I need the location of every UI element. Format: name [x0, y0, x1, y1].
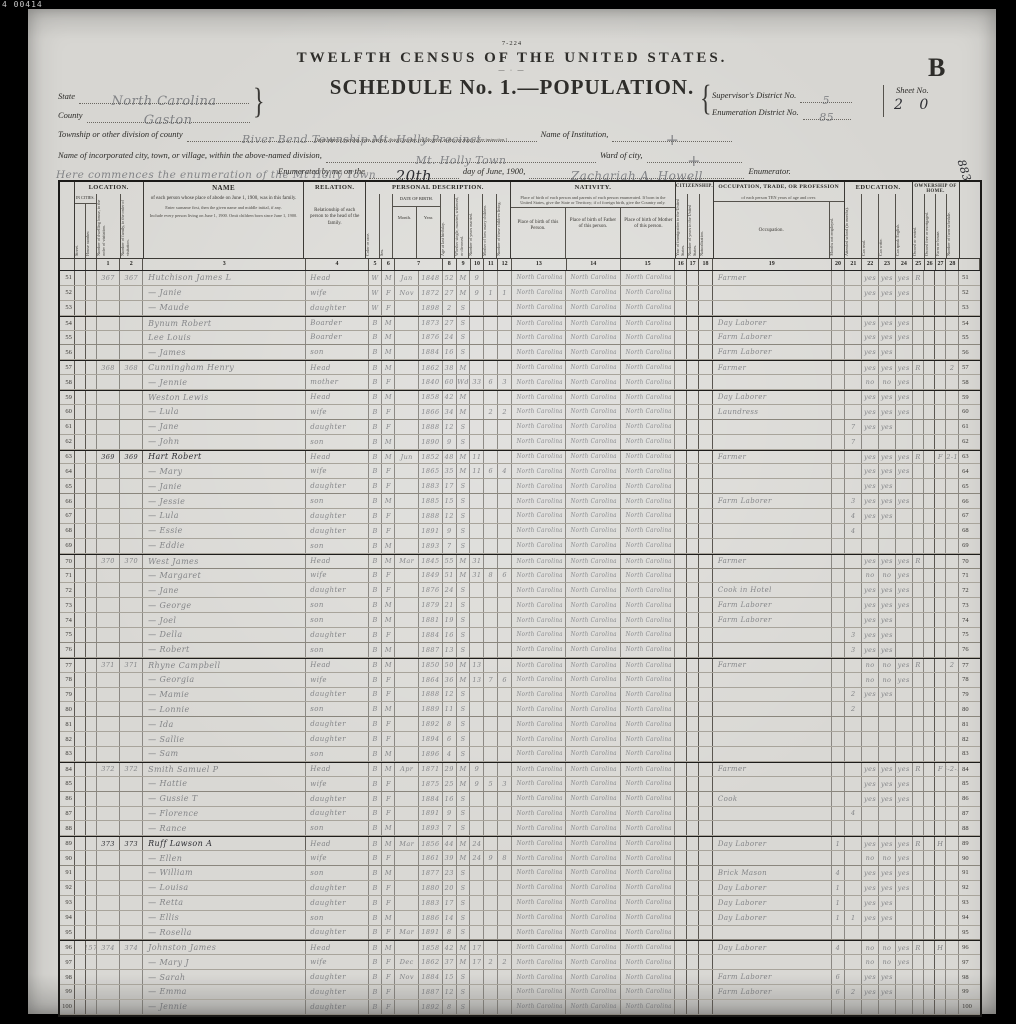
cell-c18 [699, 331, 713, 345]
cell-own [913, 569, 925, 583]
cell-ym: 11 [470, 464, 484, 478]
cell-en: yes [896, 375, 913, 389]
column-number: 1 [97, 259, 121, 270]
cell-mar: S [457, 688, 471, 702]
cell-lnR: 62 [959, 435, 980, 449]
cell-c17 [687, 451, 699, 464]
cell-mar: S [457, 539, 471, 553]
cell-ln: 66 [60, 494, 75, 508]
cell-cl [498, 539, 512, 553]
cell-fm: 371 [120, 659, 143, 672]
cell-mtg [924, 271, 935, 285]
cell-sch [845, 271, 862, 285]
cell-rd: no [862, 941, 879, 954]
cell-mn [832, 375, 846, 389]
cell-c16 [675, 926, 687, 940]
cell-st [75, 896, 86, 910]
cell-col: B [369, 420, 383, 434]
census-row: 94— EllissonBM188614SNorth CarolinaNorth… [60, 911, 980, 926]
census-row: 91— WilliamsonBM187723SNorth CarolinaNor… [60, 866, 980, 881]
cell-pm: North Carolina [621, 659, 675, 672]
cell-c17 [687, 688, 699, 702]
cell-wr [879, 539, 896, 553]
cell-st [75, 747, 86, 761]
cell-wr: yes [879, 479, 896, 493]
cell-name: — Lula [143, 405, 306, 419]
cell-sex: F [382, 286, 395, 300]
cell-fh [935, 926, 946, 940]
cell-st [75, 941, 86, 954]
column-number: 9 [457, 259, 471, 270]
cell-occ [713, 420, 832, 434]
cell-sex: F [382, 479, 395, 493]
cell-pb: North Carolina [512, 955, 566, 969]
cell-wr [879, 435, 896, 449]
cell-own [913, 464, 925, 478]
name-group-fine2: Include every person living on June 1, 1… [144, 212, 304, 219]
cell-occ [713, 643, 832, 657]
cell-ym [470, 643, 484, 657]
cell-fh [935, 970, 946, 984]
cell-pb: North Carolina [512, 331, 566, 345]
cell-st [75, 955, 86, 969]
column-number: 18 [699, 259, 713, 270]
cell-fm: 373 [120, 837, 143, 850]
cell-sex: F [382, 688, 395, 702]
cell-sex: F [382, 926, 395, 940]
cell-hn [86, 361, 97, 374]
cell-fh [935, 747, 946, 761]
cell-fm [120, 509, 143, 523]
cell-mar: S [457, 628, 471, 642]
cell-occ [713, 673, 832, 687]
cell-ln: 63 [60, 451, 75, 464]
cell-c18 [699, 911, 713, 925]
cell-mtg [924, 985, 935, 999]
cell-fm [120, 821, 143, 835]
cell-fm: 374 [120, 941, 143, 954]
cell-occ: Farm Laborer [713, 331, 832, 345]
column-number: 28 [946, 259, 959, 270]
cell-ym: 9 [470, 271, 484, 285]
cell-rd: no [862, 375, 879, 389]
cell-lnR: 93 [959, 896, 980, 910]
cell-pf: North Carolina [566, 598, 620, 612]
cell-fh [935, 851, 946, 865]
cell-mo [395, 628, 419, 642]
cell-st [75, 673, 86, 687]
cell-mar: M [457, 777, 471, 791]
cell-pf: North Carolina [566, 509, 620, 523]
cell-rd: no [862, 569, 879, 583]
cell-lnR: 54 [959, 317, 980, 330]
cell-fh [935, 555, 946, 568]
cell-age: 13 [443, 643, 457, 657]
cell-mc [484, 331, 498, 345]
cell-c17 [687, 286, 699, 300]
table-header: LOCATION. IN CITIES. Street. House numbe… [60, 182, 980, 259]
cell-lnR: 77 [959, 659, 980, 672]
cell-fs [946, 807, 959, 821]
cell-c18 [699, 509, 713, 523]
cell-rel: daughter [306, 807, 368, 821]
cell-mar: M [457, 271, 471, 285]
cell-st [75, 821, 86, 835]
cell-lnR: 68 [959, 524, 980, 538]
cell-en: yes [896, 792, 913, 806]
column-number: 14 [567, 259, 621, 270]
cell-pb: North Carolina [512, 837, 566, 850]
cell-ym [470, 881, 484, 895]
cell-col: B [369, 643, 383, 657]
cell-fm [120, 286, 143, 300]
cell-en: yes [896, 673, 913, 687]
census-row: 81— IdadaughterBF18928SNorth CarolinaNor… [60, 717, 980, 732]
cell-pb: North Carolina [512, 807, 566, 821]
cell-mo [395, 317, 419, 330]
cell-yr: 1883 [419, 479, 443, 493]
cell-lnR: 95 [959, 926, 980, 940]
cell-pm: North Carolina [621, 763, 675, 776]
cell-dw [97, 479, 121, 493]
cell-wr [879, 301, 896, 315]
cell-cl [498, 747, 512, 761]
cell-mc [484, 271, 498, 285]
cell-own: R [913, 361, 925, 374]
cell-name: Hart Robert [143, 451, 306, 464]
cell-mc [484, 659, 498, 672]
census-row: 99— EmmadaughterBF188712SNorth CarolinaN… [60, 985, 980, 1000]
cell-st [75, 792, 86, 806]
cell-rel: son [306, 494, 368, 508]
occupation-column-header: Occupation. [714, 202, 830, 258]
cell-name: — Lula [143, 509, 306, 523]
month-column-header: Month. [393, 207, 417, 258]
cell-own [913, 1000, 925, 1014]
cell-name: Bynum Robert [143, 317, 306, 330]
cell-pf: North Carolina [566, 569, 620, 583]
cell-pm: North Carolina [621, 271, 675, 285]
cell-st [75, 345, 86, 359]
cell-ln: 54 [60, 317, 75, 330]
cell-mtg [924, 688, 935, 702]
cell-dw: 367 [97, 271, 121, 285]
cell-mtg [924, 286, 935, 300]
cell-pf: North Carolina [566, 866, 620, 880]
ownership-title: OWNERSHIP OF HOME. [913, 182, 959, 194]
cell-age: 29 [443, 763, 457, 776]
cell-yr: 1877 [419, 866, 443, 880]
cell-st [75, 464, 86, 478]
cell-yr: 1848 [419, 271, 443, 285]
cell-mar: M [457, 569, 471, 583]
cell-mn: 1 [832, 881, 846, 895]
cell-ln: 64 [60, 464, 75, 478]
cell-col: B [369, 345, 383, 359]
cell-c17 [687, 345, 699, 359]
cell-pf: North Carolina [566, 524, 620, 538]
cell-fs [946, 792, 959, 806]
cell-fs [946, 613, 959, 627]
cell-ln: 56 [60, 345, 75, 359]
cell-rel: wife [306, 569, 368, 583]
cell-lnR: 89 [959, 837, 980, 850]
cell-rd: yes [862, 451, 879, 464]
cell-mo [395, 673, 419, 687]
cell-cl: 2 [498, 405, 512, 419]
cell-c16 [675, 985, 687, 999]
cell-mn [832, 317, 846, 330]
cell-c16 [675, 524, 687, 538]
cell-mc [484, 837, 498, 850]
cell-fh [935, 331, 946, 345]
cell-mc [484, 317, 498, 330]
cell-hn [86, 317, 97, 330]
cell-col: B [369, 955, 383, 969]
cell-mar: S [457, 598, 471, 612]
cell-c17 [687, 659, 699, 672]
cell-rd [862, 732, 879, 746]
cell-mc [484, 539, 498, 553]
cell-age: 15 [443, 494, 457, 508]
cell-c18 [699, 941, 713, 954]
cell-mo [395, 435, 419, 449]
cell-mn [832, 807, 846, 821]
cell-fm [120, 420, 143, 434]
cell-mn [832, 702, 846, 716]
cell-fs: 2 [946, 361, 959, 374]
cell-c17 [687, 301, 699, 315]
cell-mn [832, 555, 846, 568]
cell-fs: 2 [946, 659, 959, 672]
cell-yr: 1875 [419, 777, 443, 791]
cell-c18 [699, 435, 713, 449]
cell-rel: son [306, 866, 368, 880]
cell-c17 [687, 420, 699, 434]
cell-ym: 24 [470, 837, 484, 850]
column-number: 8 [443, 259, 457, 270]
census-row: 97— Mary JwifeBFDec186237M1722North Caro… [60, 955, 980, 970]
cell-age: 42 [443, 941, 457, 954]
cell-yr: 1850 [419, 659, 443, 672]
cell-mc [484, 702, 498, 716]
cell-name: — Louisa [143, 881, 306, 895]
cell-sex: F [382, 777, 395, 791]
cell-sch [845, 717, 862, 731]
cell-fs [946, 375, 959, 389]
cell-pf: North Carolina [566, 659, 620, 672]
cell-pf: North Carolina [566, 391, 620, 404]
cell-c18 [699, 375, 713, 389]
cell-wr: no [879, 673, 896, 687]
cell-c17 [687, 555, 699, 568]
cell-rd: yes [862, 896, 879, 910]
cell-lnR: 86 [959, 792, 980, 806]
cell-yr: 1888 [419, 509, 443, 523]
cell-sex: F [382, 732, 395, 746]
cell-sex: M [382, 391, 395, 404]
cell-age: 36 [443, 673, 457, 687]
cell-mc [484, 926, 498, 940]
cell-c16 [675, 763, 687, 776]
cell-mc [484, 524, 498, 538]
cell-pf: North Carolina [566, 717, 620, 731]
cell-occ: Farmer [713, 451, 832, 464]
cell-rd: yes [862, 271, 879, 285]
cell-own [913, 435, 925, 449]
cell-name: — Emma [143, 985, 306, 999]
census-row: 64— MarywifeBF186535M1164North CarolinaN… [60, 464, 980, 479]
cell-dw [97, 673, 121, 687]
cell-occ [713, 509, 832, 523]
cell-fs [946, 420, 959, 434]
cell-hn [86, 391, 97, 404]
cell-mn [832, 539, 846, 553]
cell-col: B [369, 941, 383, 954]
cell-fs [946, 941, 959, 954]
cell-fm [120, 628, 143, 642]
cell-c16 [675, 807, 687, 821]
census-row: 58— JenniemotherBF184060Wd3363North Caro… [60, 375, 980, 390]
cell-c16 [675, 896, 687, 910]
census-row: 96157374374Johnston JamesHeadBM185842M17… [60, 940, 980, 955]
cell-fh [935, 717, 946, 731]
cell-c17 [687, 985, 699, 999]
cell-pb: North Carolina [512, 911, 566, 925]
cell-age: 14 [443, 911, 457, 925]
cell-yr: 1889 [419, 702, 443, 716]
cell-c16 [675, 405, 687, 419]
cell-occ [713, 524, 832, 538]
cell-c17 [687, 317, 699, 330]
cell-c17 [687, 494, 699, 508]
cell-fs [946, 435, 959, 449]
cell-yr: 1873 [419, 317, 443, 330]
cell-c18 [699, 747, 713, 761]
cell-dw [97, 613, 121, 627]
cell-ym: 17 [470, 955, 484, 969]
cell-pm: North Carolina [621, 301, 675, 315]
cell-rd: no [862, 851, 879, 865]
cell-dw [97, 777, 121, 791]
cell-col: B [369, 851, 383, 865]
cell-fh [935, 301, 946, 315]
cell-pf: North Carolina [566, 301, 620, 315]
relation-group-desc: Relationship of each person to the head … [304, 194, 364, 229]
cell-own: R [913, 451, 925, 464]
cell-name: — Eddie [143, 539, 306, 553]
cell-ym [470, 628, 484, 642]
cell-fs [946, 643, 959, 657]
cell-c16 [675, 331, 687, 345]
cell-c18 [699, 807, 713, 821]
cell-pf: North Carolina [566, 643, 620, 657]
cell-c17 [687, 866, 699, 880]
township-label: Township or other division of county [58, 129, 183, 139]
cell-col: B [369, 688, 383, 702]
cell-en: yes [896, 941, 913, 954]
cell-yr: 1885 [419, 494, 443, 508]
cell-age: 52 [443, 271, 457, 285]
cell-hn [86, 702, 97, 716]
cell-own [913, 732, 925, 746]
left-brace: } [253, 82, 265, 123]
cell-occ: Laundress [713, 405, 832, 419]
attended-school-column-header: Attended school (in months). [845, 194, 862, 258]
cell-c17 [687, 941, 699, 954]
cell-name: — Sarah [143, 970, 306, 984]
cell-pf: North Carolina [566, 435, 620, 449]
cell-mar: M [457, 837, 471, 850]
cell-ym [470, 970, 484, 984]
cell-sch: 3 [845, 628, 862, 642]
cell-lnR: 59 [959, 391, 980, 404]
cell-wr: yes [879, 420, 896, 434]
cell-yr: 1879 [419, 598, 443, 612]
cell-ln: 75 [60, 628, 75, 642]
cell-mtg [924, 821, 935, 835]
cell-rd: no [862, 955, 879, 969]
cell-en [896, 688, 913, 702]
cell-mn [832, 613, 846, 627]
cell-col: B [369, 539, 383, 553]
cell-c17 [687, 837, 699, 850]
census-row: 57368368Cunningham HenryHeadBM186238MNor… [60, 360, 980, 375]
cell-mtg [924, 866, 935, 880]
cell-sch: 1 [845, 911, 862, 925]
cell-age: 55 [443, 555, 457, 568]
cell-pm: North Carolina [621, 777, 675, 791]
census-row: 75— DelladaughterBF188416SNorth Carolina… [60, 628, 980, 643]
cell-en [896, 628, 913, 642]
cell-rd [862, 807, 879, 821]
cell-mar: S [457, 479, 471, 493]
cell-st [75, 539, 86, 553]
cell-mtg [924, 435, 935, 449]
cell-pb: North Carolina [512, 494, 566, 508]
cell-pb: North Carolina [512, 509, 566, 523]
cell-lnR: 58 [959, 375, 980, 389]
cell-cl: 3 [498, 777, 512, 791]
cell-hn [86, 659, 97, 672]
cell-rd: yes [862, 628, 879, 642]
cell-name: Hutchison James L [143, 271, 306, 285]
cell-mar: M [457, 763, 471, 776]
cell-c18 [699, 792, 713, 806]
cell-sch [845, 851, 862, 865]
cell-mar: S [457, 345, 471, 359]
cell-sex: M [382, 866, 395, 880]
cell-wr: yes [879, 391, 896, 404]
cell-ym [470, 361, 484, 374]
cell-mc [484, 807, 498, 821]
ward-label: Ward of city, [600, 150, 643, 160]
marital-status-column-header: Whether single, married, widowed, or div… [455, 194, 469, 258]
cell-rel: daughter [306, 420, 368, 434]
cell-dw [97, 926, 121, 940]
cell-col: B [369, 613, 383, 627]
cell-fh: H [935, 837, 946, 850]
cell-ln: 87 [60, 807, 75, 821]
cell-occ [713, 301, 832, 315]
cell-c17 [687, 792, 699, 806]
cell-en: yes [896, 598, 913, 612]
cell-rd [862, 747, 879, 761]
cell-cl [498, 301, 512, 315]
cell-st [75, 331, 86, 345]
cell-c18 [699, 643, 713, 657]
cell-cl [498, 509, 512, 523]
